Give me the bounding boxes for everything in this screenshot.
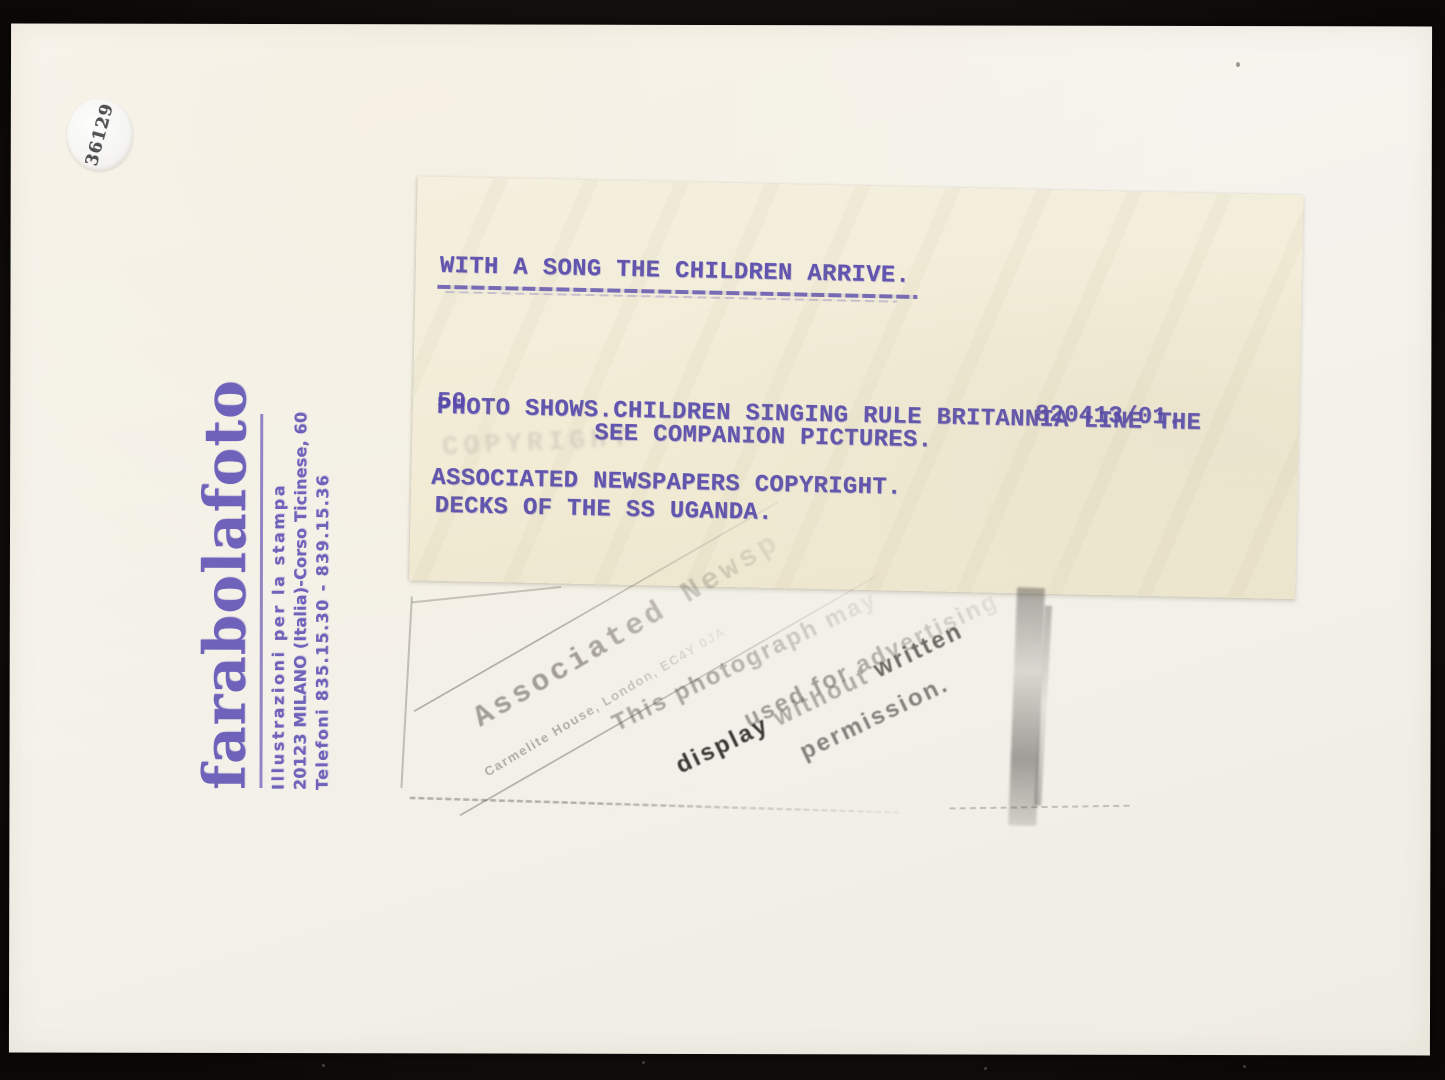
archive-number: 36129 (82, 101, 118, 168)
dust-speck (322, 1064, 325, 1067)
publisher-stamp-border-bottom (409, 796, 899, 814)
dust-speck (1243, 1065, 1246, 1068)
photo-back: 36129 farabolafoto Illustrazioni per la … (9, 24, 1432, 1056)
agency-stamp-tagline: Illustrazioni per la stampa (267, 408, 290, 790)
restriction-stamp-display-word: display (672, 711, 774, 779)
dust-speck (984, 1067, 987, 1070)
agency-stamp-rule (259, 414, 263, 788)
caption-title: WITH A SONG THE CHILDREN ARRIVE. (440, 253, 911, 290)
agency-stamp-phones: Telefoni 835.15.30 - 839.15.36 (311, 408, 334, 790)
paper-speck (1236, 62, 1240, 67)
publisher-stamp-border-left (400, 596, 412, 788)
caption-body: PHOTO SHOWS.CHILDREN SINGING RULE BRITAN… (433, 325, 1203, 605)
agency-stamp-address: 20123 MILANO (Italia)-Corso Ticinese, 60 (289, 408, 312, 790)
caption-label: WITH A SONG THE CHILDREN ARRIVE. PHOTO S… (409, 176, 1303, 599)
agency-stamp-name: farabolafoto (192, 408, 257, 790)
caption-edition-number: 50 (437, 389, 467, 417)
scan-backdrop: 36129 farabolafoto Illustrazioni per la … (0, 0, 1445, 1080)
archive-number-sticker: 36129 (67, 99, 133, 171)
caption-reference-number: 820413/01. (1035, 402, 1183, 432)
dust-speck (642, 1061, 645, 1064)
